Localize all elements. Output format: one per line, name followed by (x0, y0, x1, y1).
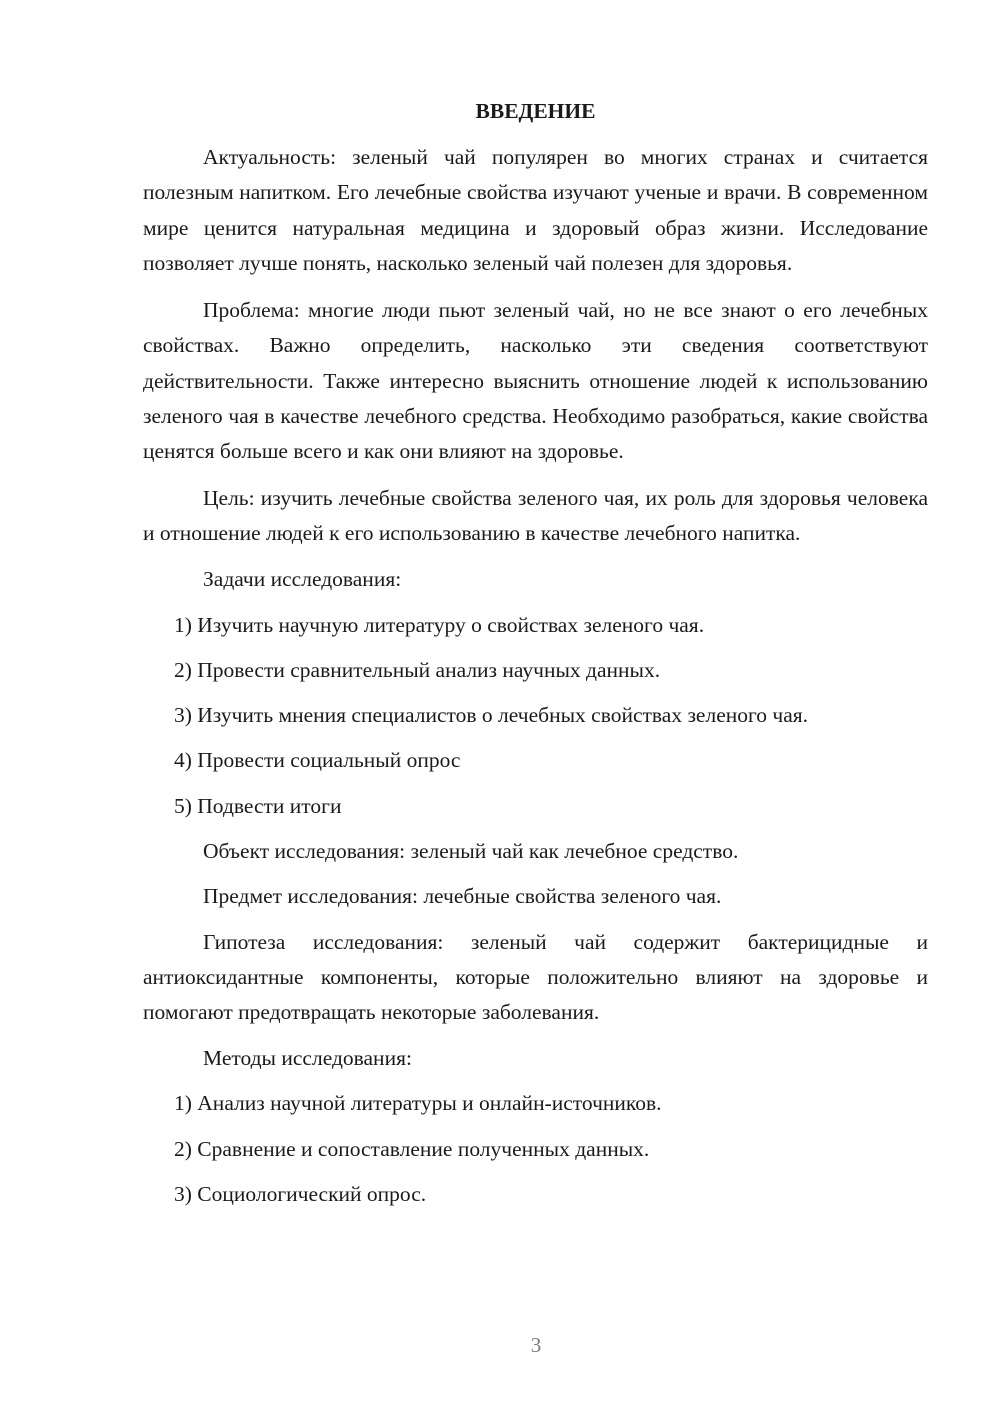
list-item: 1) Анализ научной литературы и онлайн-ис… (143, 1086, 928, 1121)
methods-list: 1) Анализ научной литературы и онлайн-ис… (143, 1086, 928, 1212)
tasks-heading: Задачи исследования: (143, 562, 928, 597)
section-title: ВВЕДЕНИЕ (143, 96, 928, 126)
document-page: ВВЕДЕНИЕ Актуальность: зеленый чай попул… (143, 96, 928, 1222)
list-item: 3) Социологический опрос. (143, 1177, 928, 1212)
list-item: 2) Сравнение и сопоставление полученных … (143, 1132, 928, 1167)
list-item: 2) Провести сравнительный анализ научных… (143, 653, 928, 688)
page-number: 3 (0, 1333, 1000, 1358)
methods-heading: Методы исследования: (143, 1041, 928, 1076)
paragraph-goal: Цель: изучить лечебные свойства зеленого… (143, 481, 928, 552)
paragraph-problem: Проблема: многие люди пьют зеленый чай, … (143, 293, 928, 469)
research-subject: Предмет исследования: лечебные свойства … (143, 879, 928, 914)
research-object: Объект исследования: зеленый чай как леч… (143, 834, 928, 869)
list-item: 4) Провести социальный опрос (143, 743, 928, 778)
tasks-list: 1) Изучить научную литературу о свойства… (143, 608, 928, 824)
list-item: 1) Изучить научную литературу о свойства… (143, 608, 928, 643)
list-item: 5) Подвести итоги (143, 789, 928, 824)
paragraph-relevance: Актуальность: зеленый чай популярен во м… (143, 140, 928, 281)
list-item: 3) Изучить мнения специалистов о лечебны… (143, 698, 928, 733)
paragraph-hypothesis: Гипотеза исследования: зеленый чай содер… (143, 925, 928, 1031)
